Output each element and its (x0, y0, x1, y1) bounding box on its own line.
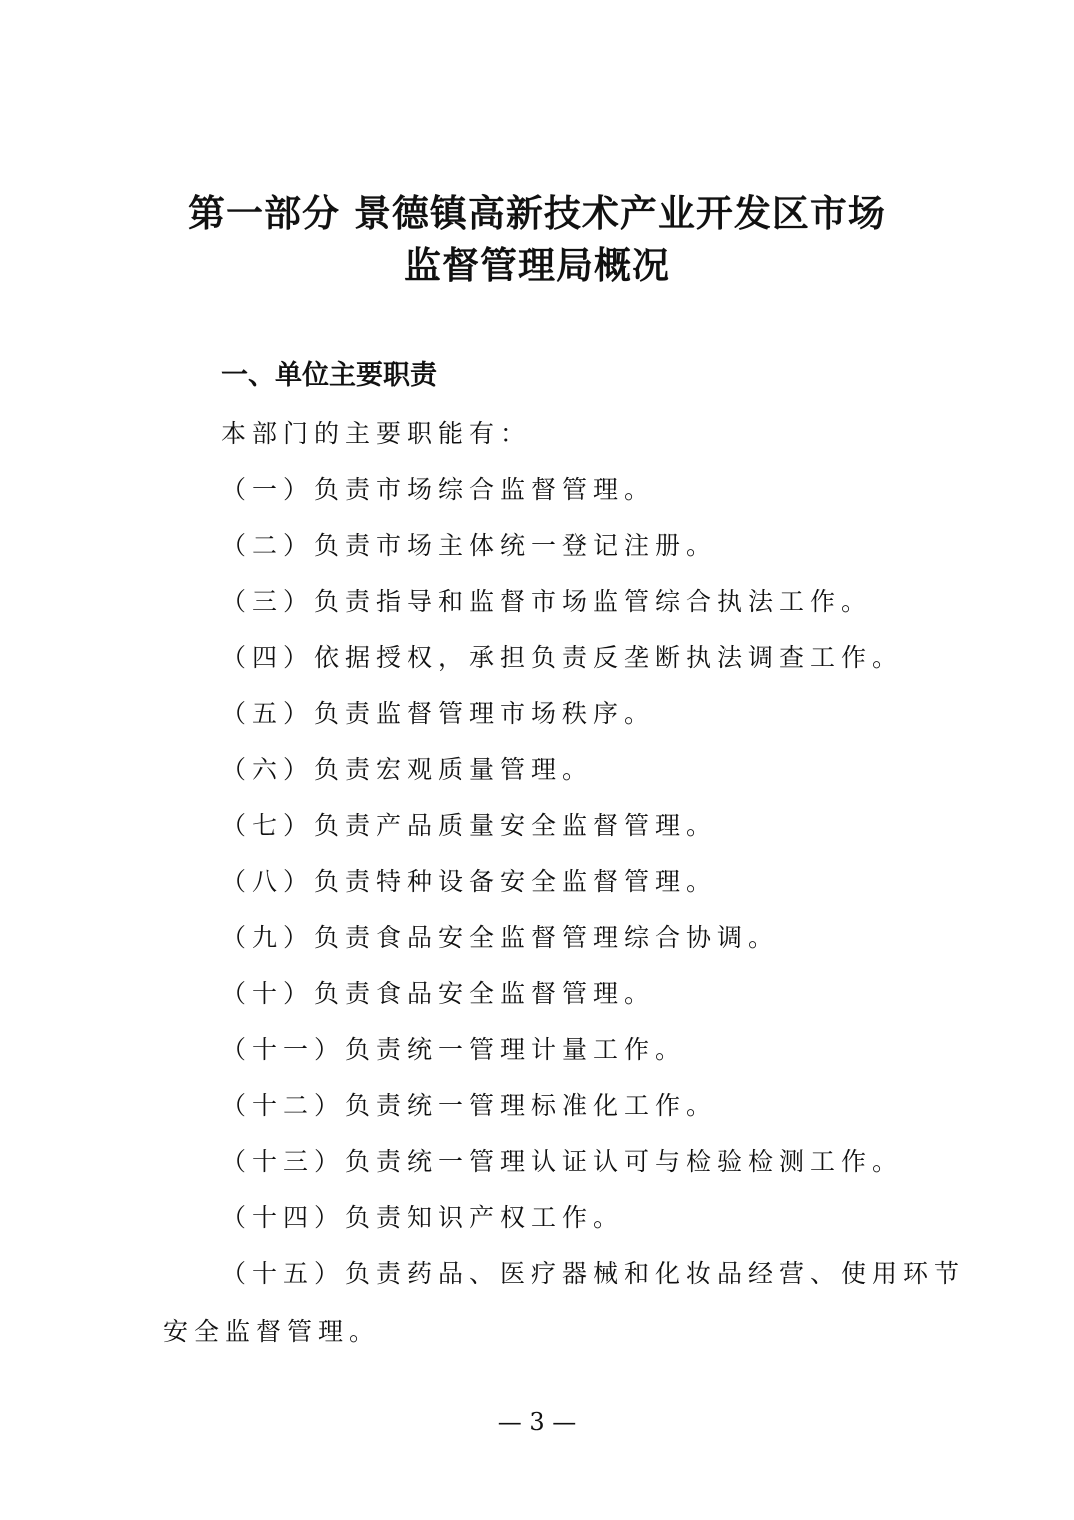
duty-item: （十四）负责知识产权工作。 (221, 1198, 624, 1238)
duty-item: （二）负责市场主体统一登记注册。 (221, 526, 717, 566)
duty-item: （一）负责市场综合监督管理。 (221, 470, 655, 510)
section-heading: 一、单位主要职责 (221, 356, 437, 396)
duty-item: （十五）负责药品、医疗器械和化妆品经营、使用环节 (221, 1254, 965, 1294)
duty-item: （五）负责监督管理市场秩序。 (221, 694, 655, 734)
duty-item: （十）负责食品安全监督管理。 (221, 974, 655, 1014)
duty-item-continuation: 安全监督管理。 (163, 1312, 380, 1352)
page-number: — 3 — (0, 1408, 1074, 1436)
duty-item: （三）负责指导和监督市场监管综合执法工作。 (221, 582, 872, 622)
page-title-line-2: 监督管理局概况 (0, 240, 1074, 292)
duty-item: （七）负责产品质量安全监督管理。 (221, 806, 717, 846)
duty-item: （十一）负责统一管理计量工作。 (221, 1030, 686, 1070)
intro-paragraph: 本部门的主要职能有： (221, 414, 531, 454)
page-title-line-1: 第一部分 景德镇高新技术产业开发区市场 (0, 188, 1074, 240)
duty-item: （十二）负责统一管理标准化工作。 (221, 1086, 717, 1126)
duty-item: （九）负责食品安全监督管理综合协调。 (221, 918, 779, 958)
duty-item: （十三）负责统一管理认证认可与检验检测工作。 (221, 1142, 903, 1182)
duty-item: （八）负责特种设备安全监督管理。 (221, 862, 717, 902)
duty-item: （六）负责宏观质量管理。 (221, 750, 593, 790)
duty-item: （四）依据授权，承担负责反垄断执法调查工作。 (221, 638, 903, 678)
